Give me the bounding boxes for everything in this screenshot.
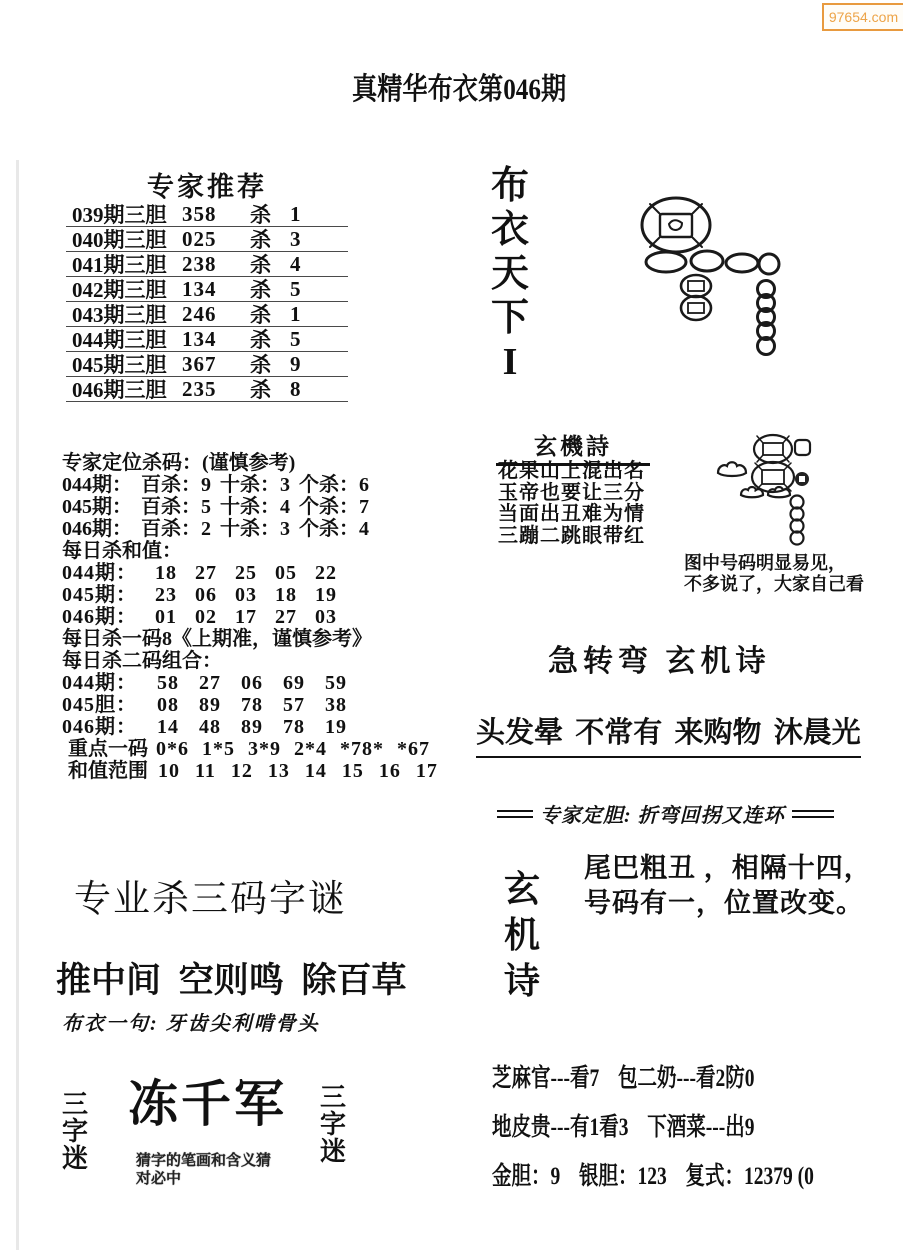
vertical-char: 迷	[58, 1145, 92, 1172]
note-line: 对必中	[136, 1170, 271, 1188]
row-numbers: 134	[182, 277, 228, 302]
vertical-char: 诗	[501, 958, 543, 1004]
figure-caption: 图中号码明显易见， 不多说了，大家自己看	[684, 553, 864, 595]
vertical-char: 衣	[487, 208, 533, 252]
vertical-char: 三	[58, 1091, 92, 1118]
row-kill-value: 9	[290, 352, 301, 377]
row-numbers: 367	[182, 352, 228, 377]
kill-position-row: 046期： 百杀：2 十杀：3 个杀：4	[62, 518, 392, 540]
riddle-results: 芝麻官---看7包二奶---看2防0 地皮贵---有1看3下酒菜---出9 金胆…	[492, 1058, 903, 1205]
sharp-turn-header: 急转弯 玄机诗	[548, 636, 771, 680]
kill-position-section: 专家定位杀码：(谨慎参考) 044期： 百杀：9 十杀：3 个杀：6 045期：…	[62, 452, 392, 782]
sum-range-values: 10 11 12 13 14 15 16 17	[158, 760, 438, 782]
buyi-coin-drawing	[618, 192, 793, 362]
mini-coin-drawing	[710, 423, 865, 548]
daily-kill-two-header: 每日杀二码组合：	[62, 650, 392, 672]
riddle-item: 地皮贵---有1看3	[492, 1114, 628, 1141]
vertical-char: 三	[316, 1084, 350, 1111]
daily-kill-two-row: 044期： 58 27 06 69 59	[62, 672, 392, 694]
daily-kill-sum-row: 045期： 23 06 03 18 19	[62, 584, 392, 606]
couplet-line: 号码有一，位置改变。	[584, 886, 872, 921]
expert-dan-banner: 专家定胆: 折弯回拐又连环	[497, 799, 834, 828]
row-kill-value: 1	[290, 202, 301, 227]
page-title: 真精华布衣第046期	[352, 64, 566, 108]
row-kill-value: 3	[290, 227, 301, 252]
vertical-char: 机	[501, 912, 543, 958]
poem-line: 三蹦二跳眼带红	[498, 526, 645, 548]
watermark-badge: 97654.com	[822, 3, 903, 31]
double-rule-right	[792, 810, 834, 818]
vertical-char: 下	[487, 296, 533, 340]
three-char-note: 猜字的笔画和含义猜 对必中	[136, 1152, 271, 1188]
daily-kill-two-row: 046期： 14 48 89 78 19	[62, 716, 392, 738]
xuanji-poem: 花果山上混出名 玉帝也要让三分 当面出丑难为情 三蹦二跳眼带红	[498, 461, 645, 547]
silver-dan: 银胆：123	[579, 1163, 667, 1190]
riddle-line: 地皮贵---有1看3下酒菜---出9	[492, 1107, 833, 1137]
row-numbers: 246	[182, 302, 228, 327]
couplet-line: 尾巴粗丑 ，相隔十四，	[584, 851, 872, 886]
riddle-line: 芝麻官---看7包二奶---看2防0	[492, 1058, 833, 1088]
kill-position-row: 045期： 百杀：5 十杀：4 个杀：7	[62, 496, 392, 518]
poem-line: 当面出丑难为情	[498, 504, 645, 526]
scan-edge-artifact	[16, 160, 19, 1250]
xuanji-shi-vertical-title: 玄 机 诗	[501, 866, 543, 1004]
vertical-char: 字	[58, 1118, 92, 1145]
key-one-code-label: 重点一码	[68, 738, 148, 760]
row-numbers: 358	[182, 202, 228, 227]
row-numbers: 235	[182, 377, 228, 402]
row-kill-value: 5	[290, 277, 301, 302]
caption-line: 不多说了，大家自己看	[684, 574, 864, 595]
caption-line: 图中号码明显易见，	[684, 553, 864, 574]
lottery-sheet-page: 97654.com 真精华布衣第046期 专家推荐 039期三胆 358 杀 1…	[0, 0, 903, 1257]
sum-range-line: 和值范围10 11 12 13 14 15 16 17	[68, 760, 392, 782]
row-period: 046期三胆	[72, 374, 182, 404]
buyi-sentence: 布衣一句: 牙齿尖利啃骨头	[62, 1007, 320, 1036]
kill-three-header: 专业杀三码字谜	[74, 868, 347, 922]
row-kill-label: 杀	[250, 374, 278, 404]
kill-position-row: 044期： 百杀：9 十杀：3 个杀：6	[62, 474, 392, 496]
row-kill-value: 5	[290, 327, 301, 352]
row-numbers: 238	[182, 252, 228, 277]
three-char-answer: 冻千军	[128, 1064, 287, 1136]
sum-range-label: 和值范围	[68, 760, 148, 782]
gold-dan: 金胆：9	[492, 1163, 560, 1190]
daily-kill-sum-row: 044期： 18 27 25 05 22	[62, 562, 392, 584]
poem-line: 花果山上混出名	[498, 461, 645, 483]
row-numbers: 025	[182, 227, 228, 252]
vertical-char: 布	[487, 164, 533, 208]
xuanji-shi-couplet: 尾巴粗丑 ，相隔十四， 号码有一，位置改变。	[584, 851, 872, 921]
three-char-label-right: 三 字 迷	[316, 1084, 350, 1165]
vertical-char: 迷	[316, 1138, 350, 1165]
note-line: 猜字的笔画和含义猜	[136, 1152, 271, 1170]
three-char-label-left: 三 字 迷	[58, 1091, 92, 1172]
table-row: 046期三胆 235 杀 8	[66, 377, 348, 402]
vertical-char: 天	[487, 252, 533, 296]
riddle-item: 包二奶---看2防0	[618, 1065, 754, 1092]
row-kill-value: 4	[290, 252, 301, 277]
riddle-item: 芝麻官---看7	[492, 1065, 599, 1092]
sharp-turn-line: 头发晕 不常有 来购物 沐晨光	[476, 710, 861, 758]
daily-kill-sum-row: 046期： 01 02 17 27 03	[62, 606, 392, 628]
expert-recommend-table: 039期三胆 358 杀 1 040期三胆 025 杀 3 041期三胆 238…	[66, 202, 348, 402]
daily-kill-one-code: 每日杀一码8《上期准，谨慎参考》	[62, 628, 392, 650]
row-kill-value: 8	[290, 377, 301, 402]
row-numbers: 134	[182, 327, 228, 352]
row-kill-value: 1	[290, 302, 301, 327]
double-rule-left	[497, 810, 533, 818]
riddle-line: 金胆：9银胆：123复式：12379 (0	[492, 1156, 833, 1186]
daily-kill-sum-header: 每日杀和值：	[62, 540, 392, 562]
daily-kill-two-row: 045胆： 08 89 78 57 38	[62, 694, 392, 716]
kill-three-line: 推中间 空则鸣 除百草	[56, 953, 407, 1003]
key-one-code-values: 0*6 1*5 3*9 2*4 *78* *67	[156, 738, 430, 760]
key-one-code-line: 重点一码0*6 1*5 3*9 2*4 *78* *67	[68, 738, 392, 760]
buyi-tianxia-vertical-title: 布 衣 天 下 I	[487, 164, 533, 384]
riddle-item: 下酒菜---出9	[647, 1114, 754, 1141]
vertical-char: I	[487, 340, 533, 384]
fushi: 复式：12379 (0	[685, 1163, 813, 1190]
expert-dan-label: 专家定胆: 折弯回拐又连环	[540, 799, 785, 828]
poem-line: 玉帝也要让三分	[498, 483, 645, 505]
vertical-char: 字	[316, 1111, 350, 1138]
kill-position-header: 专家定位杀码：(谨慎参考)	[62, 452, 392, 474]
vertical-char: 玄	[501, 866, 543, 912]
